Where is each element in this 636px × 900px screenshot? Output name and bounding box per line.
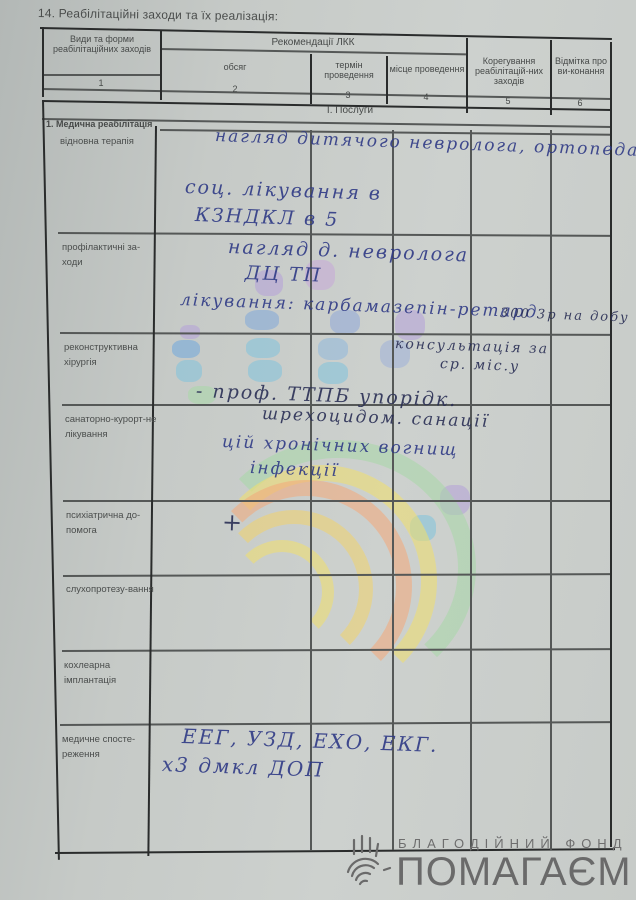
header-num-6: 6 [550,98,610,108]
handwritten-entry: х3 дмкл ДОП [162,752,326,782]
header-num-2: 2 [160,84,310,94]
handwritten-entry: ДЦ ТП [245,262,323,287]
row-label-hearing-aids: слухопротезу-вання [66,582,162,597]
header-col1: Види та форми реабілітаційних заходів [52,34,152,54]
document-page: 14. Реабілітаційні заходи та їх реалізац… [0,0,636,900]
section-title: 14. Реабілітаційні заходи та їх реалізац… [38,6,279,23]
row-label-psychiatric-help: психіатрична до-помога [66,508,162,538]
handwritten-entry: соц. лікування в [185,176,383,205]
header-num-5: 5 [466,96,550,106]
category-title: 1. Медична реабілітація [46,119,206,129]
header-num-4: 4 [386,92,466,102]
handwritten-entry: КЗНДКЛ в 5 [195,204,340,231]
handwritten-entry: ЕЕГ, УЗД, ЕХО, ЕКГ. [182,724,439,757]
hand-fingerprint-icon [340,832,396,888]
header-num-3: 3 [310,90,386,100]
handwritten-mark: + [222,508,245,537]
header-num-1: 1 [42,78,160,88]
header-col4: місце проведення [388,64,466,74]
row-label-sanatorium-treatment: санаторно-курорт-не лікування [65,412,161,442]
row-label-medical-observation: медичне спосте-реження [62,732,158,762]
handwritten-entry: цій хронічних вогнищ [222,432,459,460]
header-col3: термін проведення [312,60,386,80]
row-label-restorative-therapy: відновна терапія [60,134,156,149]
row-label-cochlear-implant: кохлеарна імплантація [64,658,160,688]
watermark-subtitle: БЛАГОДІЙНИЙ ФОНД [398,836,628,851]
handwritten-entry: інфекції [250,458,340,481]
header-col5: Корегування реабілітацій-них заходів [468,56,550,86]
handwritten-entry: 300 3р на добу [500,306,630,326]
row-label-preventive-measures: профілактичні за-ходи [62,240,158,270]
header-col2: обсяг [160,62,310,72]
handwritten-entry: ср. міс.у [440,356,521,375]
handwritten-entry: консультація за [395,336,550,357]
watermark-title: ПОМАГАЄМ [396,850,632,895]
subsection-title: I. Послуги [250,106,450,116]
row-label-reconstructive-surgery: реконструктивна хірургія [64,340,160,370]
header-col6: Відмітка про ви-конання [552,56,610,76]
header-group: Рекомендації ЛКК [160,38,466,48]
